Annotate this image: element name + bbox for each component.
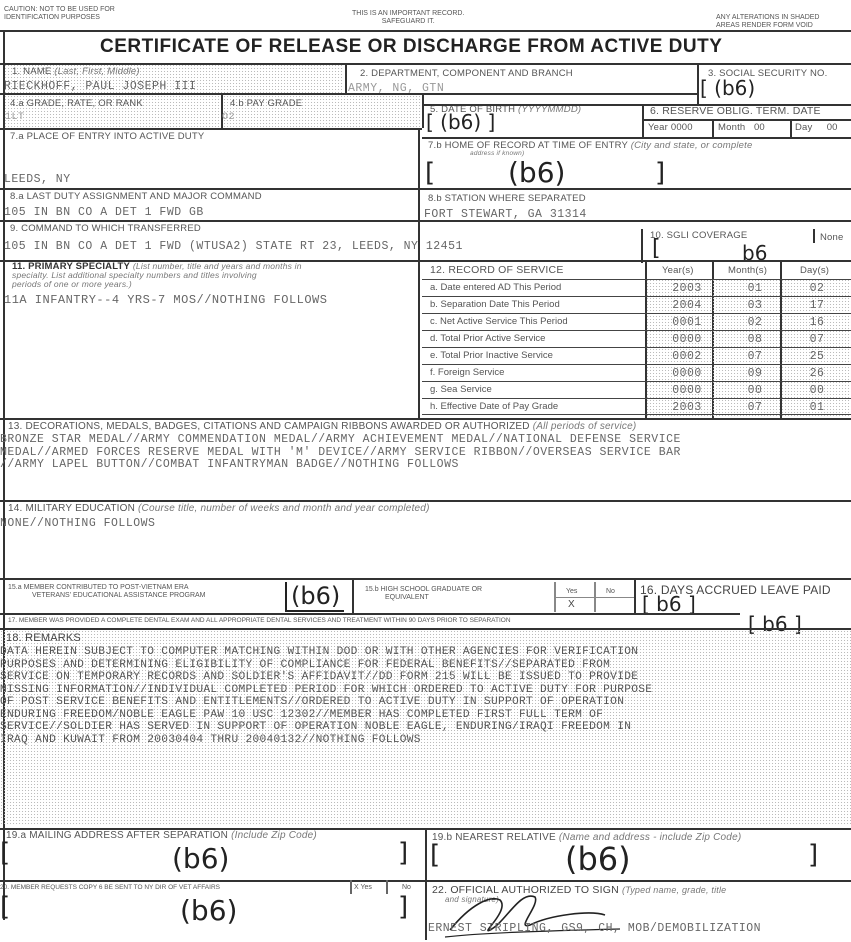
record-row: d. Total Prior Active Service00000807 (422, 330, 851, 347)
reserve-month: Month 00 (718, 122, 765, 133)
divider (697, 63, 699, 105)
relative-bracket-left: [ (430, 840, 440, 870)
caution-line-1: CAUTION: NOT TO BE USED FOR (4, 6, 115, 14)
high-school-no-label: No (606, 588, 615, 596)
caution-notice: CAUTION: NOT TO BE USED FOR IDENTIFICATI… (4, 6, 115, 22)
copy-request-no: No (402, 884, 411, 892)
divider (634, 578, 636, 614)
copy-request-label: 20. MEMBER REQUESTS COPY 6 BE SENT TO NY… (0, 884, 220, 892)
important-line-1: THIS IS AN IMPORTANT RECORD. (352, 10, 464, 18)
dental-exam-label: 17. MEMBER WAS PROVIDED A COMPLETE DENTA… (8, 617, 511, 625)
home-of-record-value: (b6) (508, 156, 565, 189)
form-title: CERTIFICATE OF RELEASE OR DISCHARGE FROM… (100, 36, 722, 58)
divider (554, 597, 634, 598)
home-bracket-right: ] (655, 158, 665, 188)
sgli-none-label: None (820, 232, 844, 243)
last-duty-value: 105 IN BN CO A DET 1 FWD GB (4, 206, 204, 219)
divider (0, 578, 851, 580)
pay-grade-label: 4.b PAY GRADE (230, 98, 302, 109)
high-school-yes-value: X (568, 599, 575, 610)
important-line-2: SAFEGUARD IT. (352, 18, 464, 26)
place-of-entry-value: LEEDS, NY (4, 173, 71, 186)
divider (813, 229, 815, 243)
alterations-line-2: AREAS RENDER FORM VOID (716, 22, 819, 30)
record-of-service-label: 12. RECORD OF SERVICE (430, 264, 564, 276)
primary-specialty-label: 11. PRIMARY SPECIALTY (List number, titl… (12, 262, 302, 289)
divider (0, 220, 851, 222)
last-duty-label: 8.a LAST DUTY ASSIGNMENT AND MAJOR COMMA… (10, 191, 262, 202)
copy-bracket-left: [ (0, 892, 10, 922)
divider (0, 128, 422, 130)
command-label: 9. COMMAND TO WHICH TRANSFERRED (10, 223, 201, 234)
reserve-term-label: 6. RESERVE OBLIG. TERM. DATE (650, 105, 821, 117)
divider (422, 94, 424, 128)
divider (642, 119, 851, 121)
divider (0, 880, 851, 882)
divider (712, 119, 714, 137)
remarks-label: 18. REMARKS (6, 632, 81, 644)
record-row: b. Separation Date This Period20040317 (422, 296, 851, 313)
record-row: g. Sea Service00000000 (422, 381, 851, 398)
divider (0, 613, 740, 615)
high-school-yes-label: Yes (566, 588, 577, 596)
important-record-notice: THIS IS AN IMPORTANT RECORD. SAFEGUARD I… (352, 10, 464, 26)
veap-label: 15.a MEMBER CONTRIBUTED TO POST-VIETNAM … (8, 584, 206, 600)
record-row: f. Foreign Service00000926 (422, 364, 851, 381)
sgli-bracket: [ (652, 236, 661, 261)
copy-bracket-right: ] (398, 892, 408, 922)
nearest-relative-value: (b6) (565, 840, 631, 878)
record-row: c. Net Active Service This Period0001021… (422, 313, 851, 330)
divider (345, 63, 347, 93)
years-column-header: Year(s) (662, 265, 694, 276)
remarks-value: DATA HEREIN SUBJECT TO COMPUTER MATCHING… (0, 646, 652, 746)
divider (425, 828, 427, 940)
pay-grade-value: O2 (222, 112, 235, 123)
divider (0, 188, 851, 190)
months-column-header: Month(s) (728, 265, 767, 276)
decorations-label: 13. DECORATIONS, MEDALS, BADGES, CITATIO… (8, 421, 636, 432)
place-of-entry-label: 7.a PLACE OF ENTRY INTO ACTIVE DUTY (10, 131, 204, 142)
alterations-notice: ANY ALTERATIONS IN SHADED AREAS RENDER F… (716, 14, 819, 30)
official-value: ERNEST STRIPLING, GS9, CH, MOB/DEMOBILIZ… (428, 922, 761, 935)
primary-specialty-value: 11A INFANTRY--4 YRS-7 MOS//NOTHING FOLLO… (4, 293, 327, 307)
divider (386, 880, 388, 894)
alterations-line-1: ANY ALTERATIONS IN SHADED (716, 14, 819, 22)
record-row: h. Effective Date of Pay Grade20030701 (422, 398, 851, 415)
divider (350, 880, 352, 894)
name-label: 1. NAME (Last, First, Middle) (12, 66, 140, 77)
high-school-label: 15.b HIGH SCHOOL GRADUATE OR EQUIVALENT (365, 586, 482, 602)
department-label: 2. DEPARTMENT, COMPONENT AND BRANCH (360, 68, 573, 79)
record-row: a. Date entered AD This Period20030102 (422, 279, 851, 296)
divider (422, 137, 851, 139)
record-row: e. Total Prior Inactive Service00020725 (422, 347, 851, 364)
divider (418, 260, 420, 418)
mailing-address-value: (b6) (172, 842, 229, 875)
command-value: 105 IN BN CO A DET 1 FWD (WTUSA2) STATE … (4, 240, 463, 253)
relative-bracket-right: ] (808, 840, 818, 870)
divider (0, 500, 851, 502)
military-education-label: 14. MILITARY EDUCATION (Course title, nu… (8, 503, 430, 514)
mailing-bracket-right: ] (398, 838, 408, 868)
divider (642, 104, 644, 138)
divider (0, 30, 851, 32)
days-column-header: Day(s) (800, 265, 829, 276)
divider (352, 578, 354, 614)
mailing-address-label: 19.a MAILING ADDRESS AFTER SEPARATION (I… (6, 830, 317, 841)
copy-address-value: (b6) (180, 894, 237, 927)
ssn-value: [ (b6) (700, 76, 755, 100)
decorations-value: BRONZE STAR MEDAL//ARMY COMMENDATION MED… (0, 434, 681, 472)
name-value: RIECKHOFF, PAUL JOSEPH III (4, 80, 196, 93)
military-education-value: NONE//NOTHING FOLLOWS (0, 517, 155, 530)
reserve-day: Day 00 (795, 122, 838, 133)
grade-label: 4.a GRADE, RATE, OR RANK (10, 98, 143, 109)
divider (0, 418, 851, 420)
sgli-label: 10. SGLI COVERAGE (650, 230, 747, 241)
reserve-year: Year 0000 (648, 122, 693, 133)
caution-line-2: IDENTIFICATION PURPOSES (4, 14, 115, 22)
station-label: 8.b STATION WHERE SEPARATED (428, 193, 586, 204)
home-bracket-left: [ (425, 158, 435, 188)
mailing-bracket-left: [ (0, 838, 10, 868)
divider (790, 119, 792, 137)
divider (641, 229, 643, 263)
veap-value: (b6) (285, 582, 344, 612)
copy-request-yes: X Yes (354, 884, 372, 892)
dob-value: [ (b6) ] (426, 110, 495, 134)
grade-value: 1LT (5, 112, 25, 123)
